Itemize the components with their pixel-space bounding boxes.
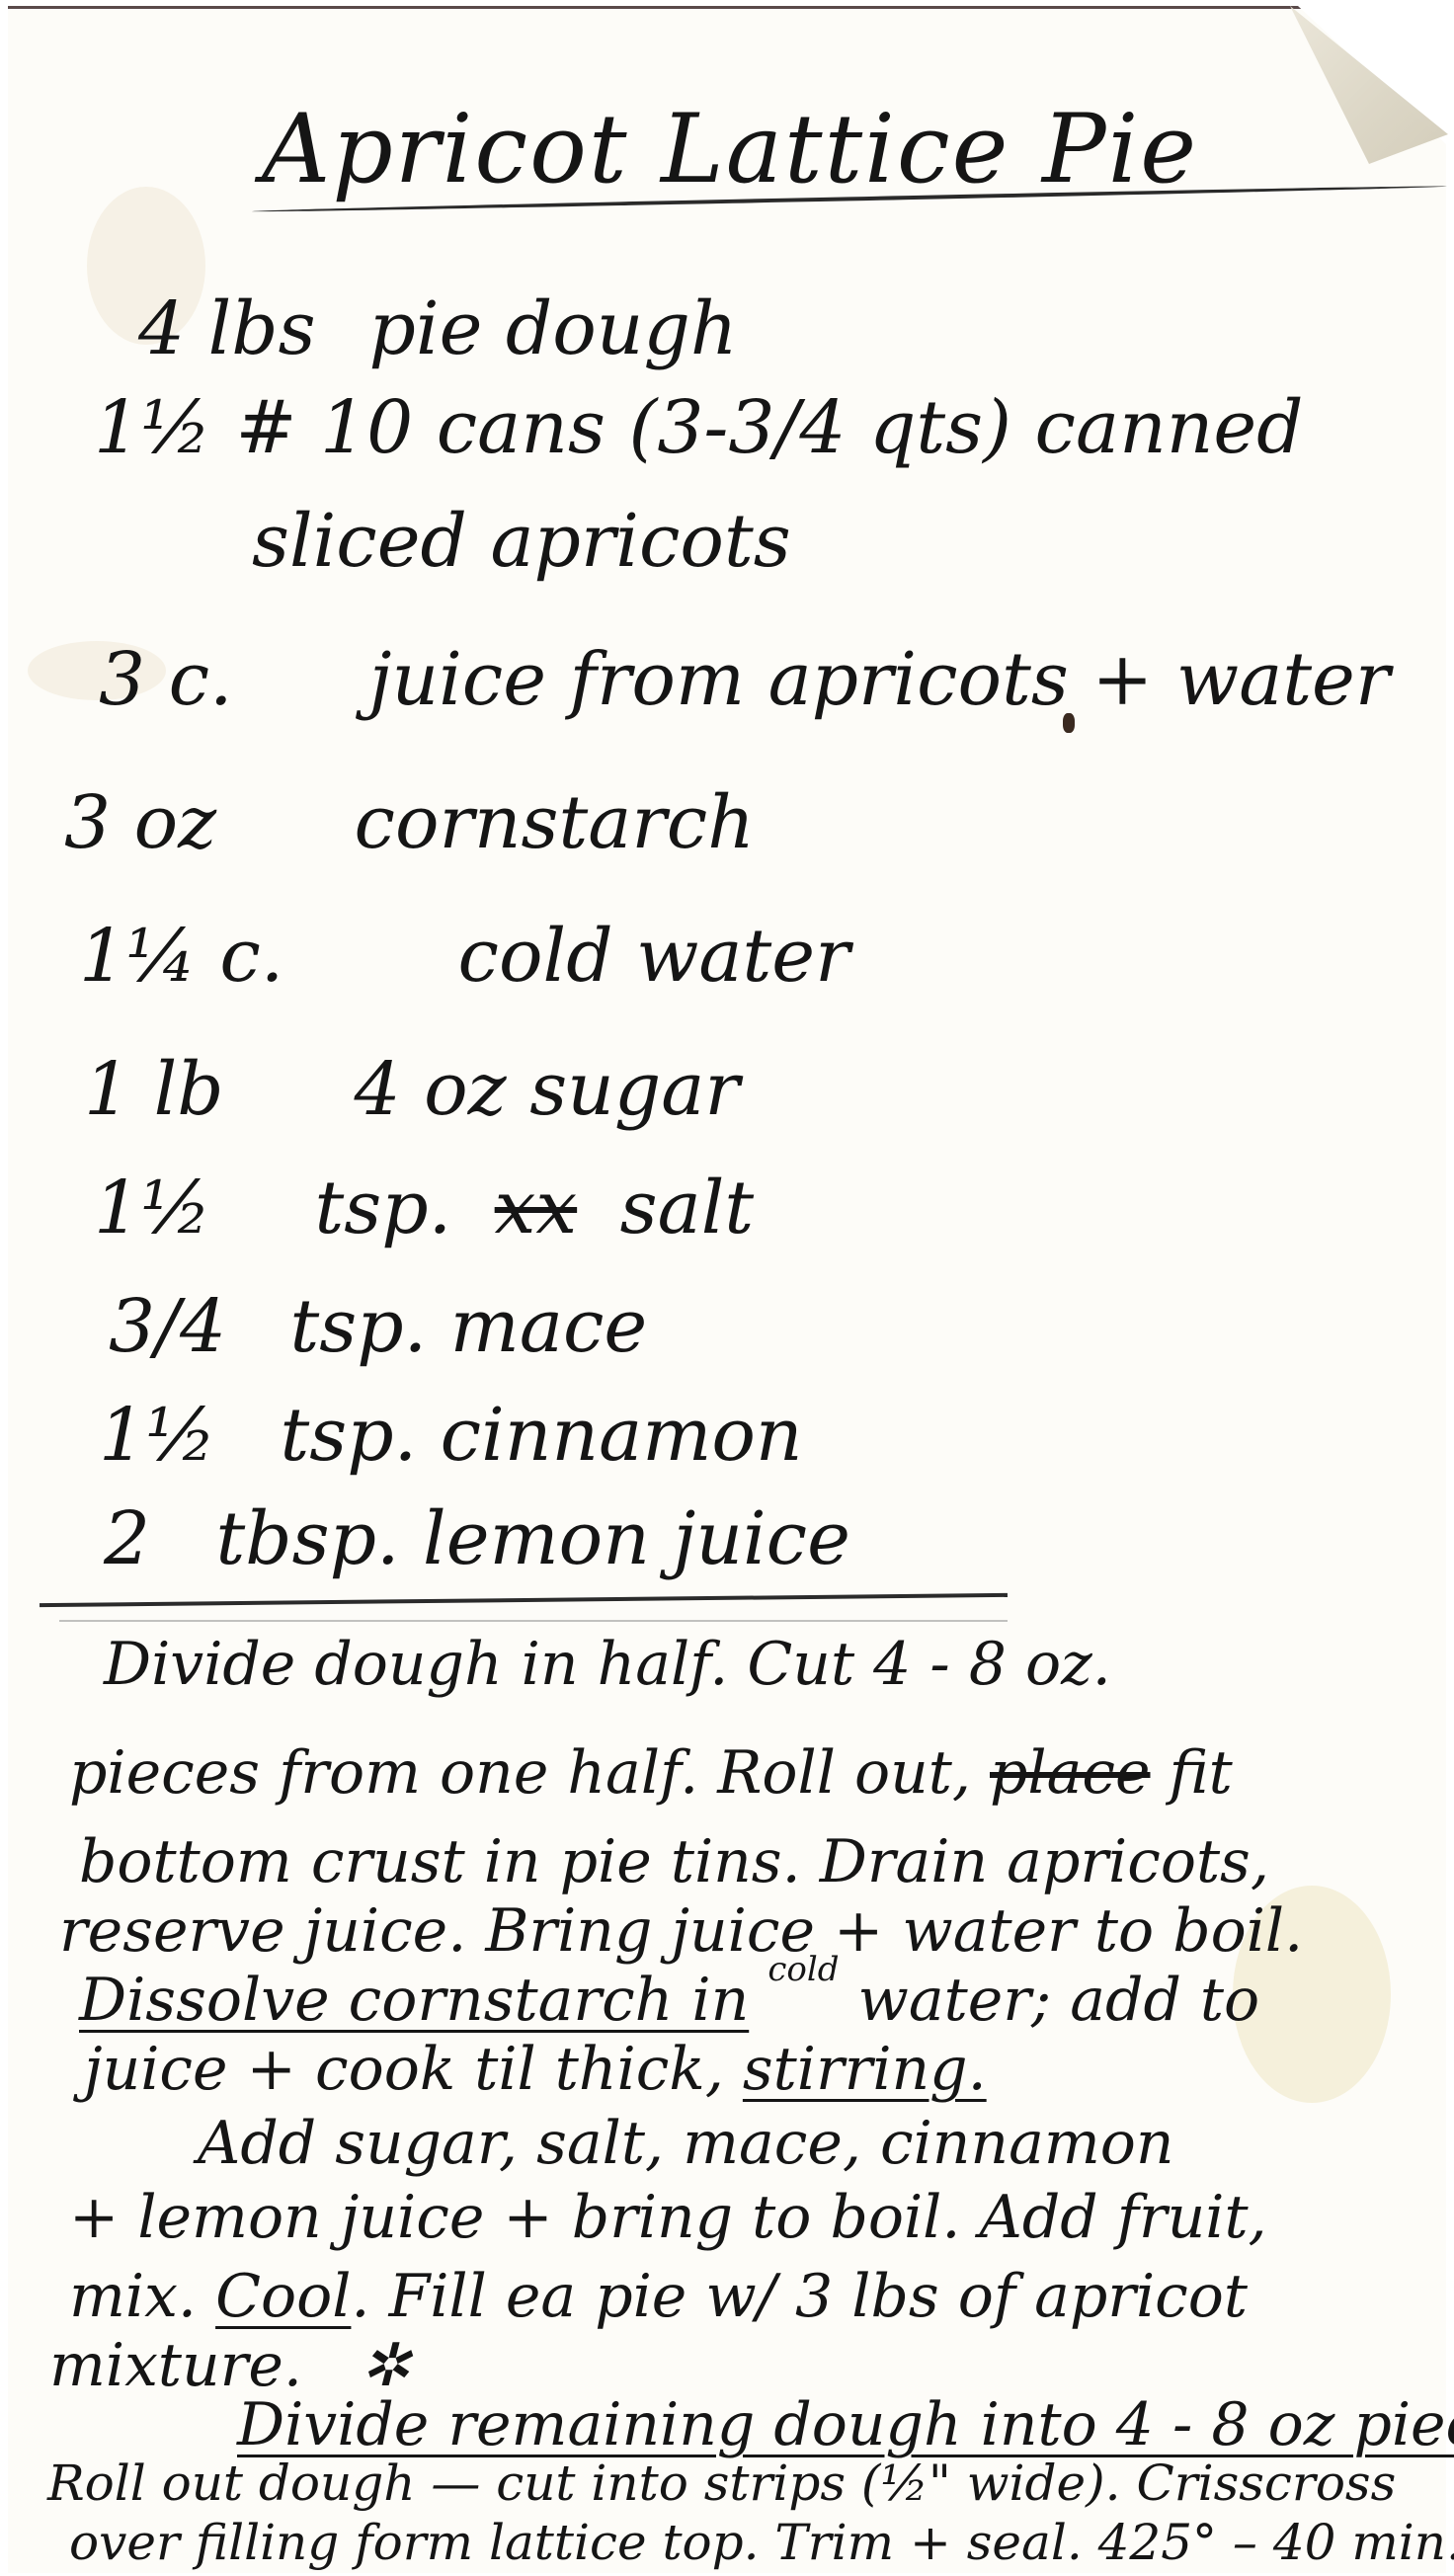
inserted-word: cold bbox=[767, 1950, 839, 1989]
ingredient-qty: 1½ bbox=[99, 1393, 257, 1478]
ingredient-line: 3/4 tsp. mace bbox=[109, 1284, 647, 1369]
ingredient-qty: 3 oz bbox=[64, 780, 331, 865]
ingredient-item: salt bbox=[620, 1166, 755, 1250]
ingredient-item: # 10 cans (3-3/4 qts) canned bbox=[236, 385, 1304, 470]
direction-line: Divide dough in half. Cut 4 - 8 oz. bbox=[104, 1630, 1111, 1699]
ingredient-item: juice from apricots + water bbox=[369, 637, 1391, 722]
ingredient-item: sliced apricots bbox=[252, 499, 791, 584]
ingredient-qty: 3/4 bbox=[109, 1284, 267, 1369]
direction-line: Roll out dough — cut into strips (½" wid… bbox=[47, 2455, 1396, 2512]
direction-text: Divide remaining dough into 4 - 8 oz pie… bbox=[237, 2390, 1454, 2459]
ingredient-line: 1½ # 10 cans (3-3/4 qts) canned bbox=[94, 385, 1304, 470]
direction-text: pieces from one half. Roll out, bbox=[69, 1738, 971, 1808]
direction-line: Add sugar, salt, mace, cinnamon bbox=[198, 2109, 1174, 2178]
direction-line: over filling form lattice top. Trim + se… bbox=[69, 2514, 1454, 2571]
struck-text: place bbox=[990, 1738, 1150, 1808]
ingredient-qty: 4 lbs bbox=[138, 286, 346, 371]
ingredient-item: tsp. mace bbox=[290, 1284, 648, 1369]
ingredient-qty: 1 lb bbox=[84, 1047, 331, 1132]
direction-text: . Fill ea pie w/ 3 lbs of apricot bbox=[351, 2262, 1248, 2331]
direction-line: mix. Cool. Fill ea pie w/ 3 lbs of apric… bbox=[69, 2262, 1248, 2331]
ingredient-line: sliced apricots bbox=[252, 499, 791, 584]
ingredient-line: 1¼ c. cold water bbox=[79, 914, 849, 999]
ingredient-item: tsp. cinnamon bbox=[281, 1393, 803, 1478]
recipe-title: Apricot Lattice Pie bbox=[262, 94, 1198, 204]
direction-line: pieces from one half. Roll out, place fi… bbox=[69, 1738, 1233, 1808]
ingredient-item: cornstarch bbox=[355, 780, 755, 865]
direction-text: Dissolve cornstarch in bbox=[79, 1966, 749, 2035]
ingredient-qty: 1¼ c. bbox=[79, 914, 435, 999]
ingredient-line: 3 c. juice from apricots + water bbox=[99, 637, 1390, 722]
ingredient-item: tsp. bbox=[315, 1166, 452, 1250]
ingredient-qty: 2 bbox=[104, 1496, 193, 1581]
ingredient-line: 1½ tsp. xx salt bbox=[94, 1166, 754, 1250]
struck-text: xx bbox=[495, 1166, 577, 1250]
ingredient-line: 4 lbs pie dough bbox=[138, 286, 738, 371]
ingredient-item: pie dough bbox=[369, 286, 738, 371]
direction-line: reserve juice. Bring juice + water to bo… bbox=[59, 1896, 1303, 1966]
ingredient-item: cold water bbox=[458, 914, 850, 999]
ingredient-line: 1½ tsp. cinnamon bbox=[99, 1393, 803, 1478]
ingredient-line: 2 tbsp. lemon juice bbox=[104, 1496, 850, 1581]
ink-blot bbox=[1063, 713, 1075, 733]
direction-text: water; add to bbox=[858, 1966, 1260, 2035]
direction-text: stirring. bbox=[743, 2035, 987, 2104]
section-divider-faint bbox=[59, 1620, 1008, 1622]
ingredient-item: 4 oz sugar bbox=[355, 1047, 740, 1132]
ingredient-line: 1 lb 4 oz sugar bbox=[84, 1047, 740, 1132]
direction-line: Divide remaining dough into 4 - 8 oz pie… bbox=[237, 2390, 1454, 2459]
direction-line: + lemon juice + bring to boil. Add fruit… bbox=[69, 2183, 1267, 2252]
direction-line: Dissolve cornstarch in cold water; add t… bbox=[79, 1966, 1259, 2035]
direction-line: juice + cook til thick, stirring. bbox=[84, 2035, 987, 2104]
ingredient-item: tbsp. lemon juice bbox=[216, 1496, 850, 1581]
direction-text: fit bbox=[1170, 1738, 1233, 1808]
ingredient-qty: 1½ bbox=[94, 385, 212, 470]
direction-text: Cool bbox=[215, 2262, 351, 2331]
direction-text: juice + cook til thick, bbox=[84, 2035, 724, 2104]
ingredient-qty: 3 c. bbox=[99, 637, 346, 722]
ingredient-line: 3 oz cornstarch bbox=[64, 780, 755, 865]
ingredient-qty: 1½ bbox=[94, 1166, 291, 1250]
direction-line: bottom crust in pie tins. Drain apricots… bbox=[79, 1827, 1269, 1896]
direction-text: mix. bbox=[69, 2262, 197, 2331]
